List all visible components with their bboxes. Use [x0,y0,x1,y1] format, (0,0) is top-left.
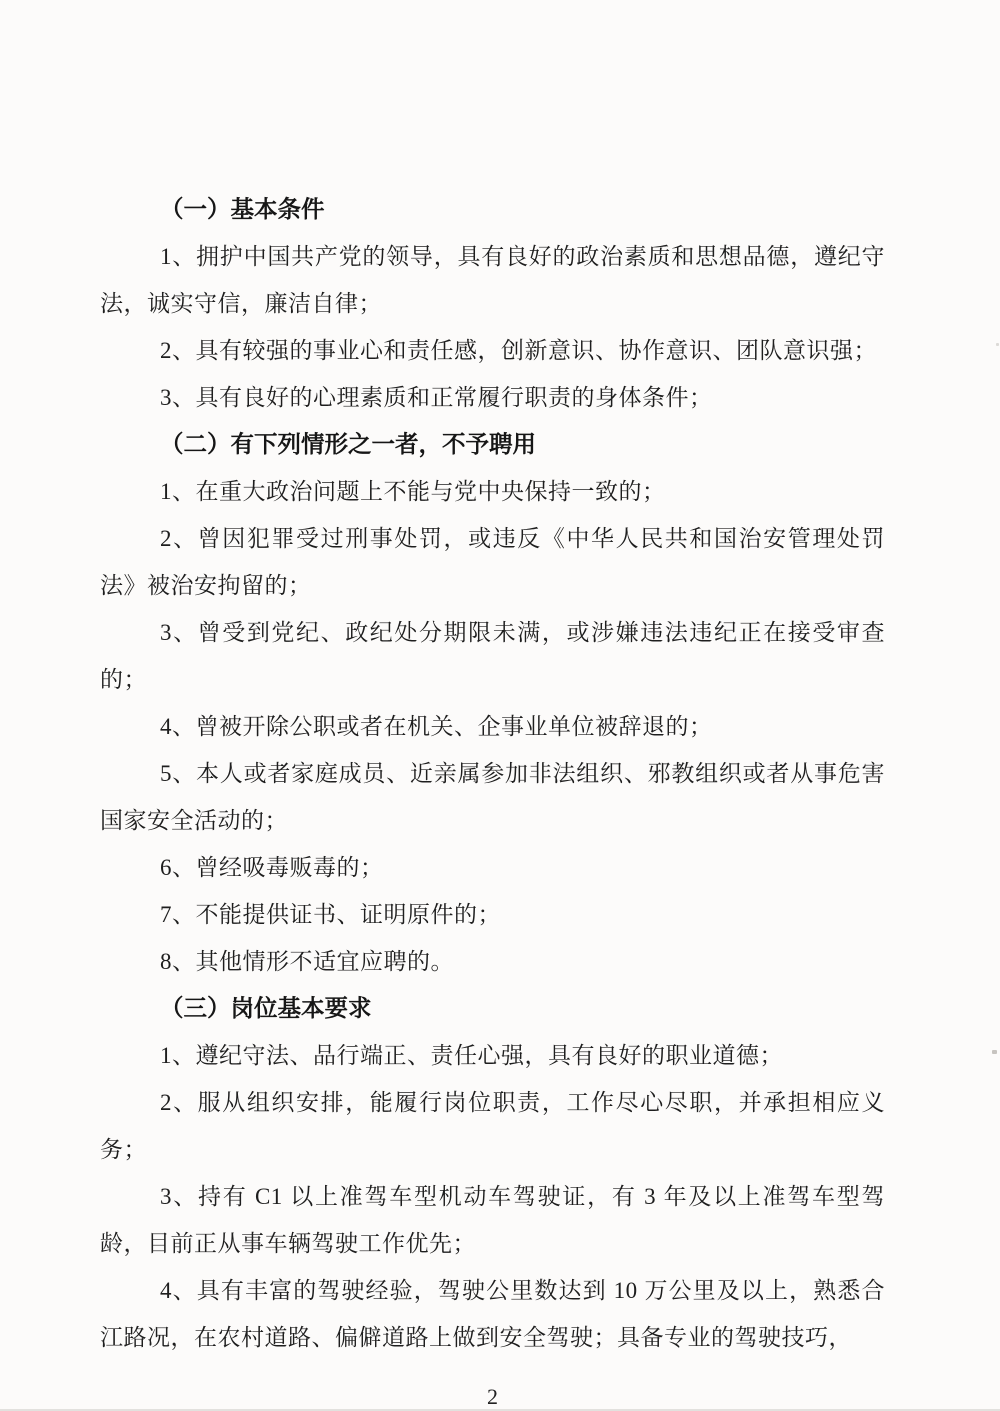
scan-speck [992,1050,997,1054]
paragraph-item: 5、本人或者家庭成员、近亲属参加非法组织、邪教组织或者从事危害国家安全活动的； [100,750,885,844]
paragraph-item: 3、具有良好的心理素质和正常履行职责的身体条件； [100,374,885,421]
scan-speck [996,343,999,346]
page-number: 2 [100,1377,885,1411]
paragraph-item: 1、遵纪守法、品行端正、责任心强，具有良好的职业道德； [100,1032,885,1079]
paragraph-item: 8、其他情形不适宜应聘的。 [100,938,885,985]
paragraph-item: 2、具有较强的事业心和责任感，创新意识、协作意识、团队意识强； [100,327,885,374]
paragraph-item: 2、曾因犯罪受过刑事处罚，或违反《中华人民共和国治安管理处罚法》被治安拘留的； [100,515,885,609]
paragraph-item: 4、曾被开除公职或者在机关、企事业单位被辞退的； [100,703,885,750]
section-disqualifying-circumstances: （二）有下列情形之一者，不予聘用 1、在重大政治问题上不能与党中央保持一致的； … [100,421,885,985]
paragraph-item: 2、服从组织安排，能履行岗位职责，工作尽心尽职，并承担相应义务； [100,1079,885,1173]
document-page: （一）基本条件 1、拥护中国共产党的领导，具有良好的政治素质和思想品德，遵纪守法… [0,0,1000,1411]
paragraph-item: 4、具有丰富的驾驶经验，驾驶公里数达到 10 万公里及以上，熟悉合江路况，在农村… [100,1267,885,1361]
paragraph-item: 1、拥护中国共产党的领导，具有良好的政治素质和思想品德，遵纪守法，诚实守信，廉洁… [100,233,885,327]
paragraph-item: 7、不能提供证书、证明原件的； [100,891,885,938]
section-heading: （一）基本条件 [100,186,885,233]
paragraph-item: 6、曾经吸毒贩毒的； [100,844,885,891]
section-job-requirements: （三）岗位基本要求 1、遵纪守法、品行端正、责任心强，具有良好的职业道德； 2、… [100,985,885,1361]
paragraph-item: 3、曾受到党纪、政纪处分期限未满，或涉嫌违法违纪正在接受审查的； [100,609,885,703]
section-basic-conditions: （一）基本条件 1、拥护中国共产党的领导，具有良好的政治素质和思想品德，遵纪守法… [100,186,885,421]
section-heading: （三）岗位基本要求 [100,985,885,1032]
section-heading: （二）有下列情形之一者，不予聘用 [100,421,885,468]
paragraph-item: 3、持有 C1 以上准驾车型机动车驾驶证，有 3 年及以上准驾车型驾龄，目前正从… [100,1173,885,1267]
paragraph-item: 1、在重大政治问题上不能与党中央保持一致的； [100,468,885,515]
